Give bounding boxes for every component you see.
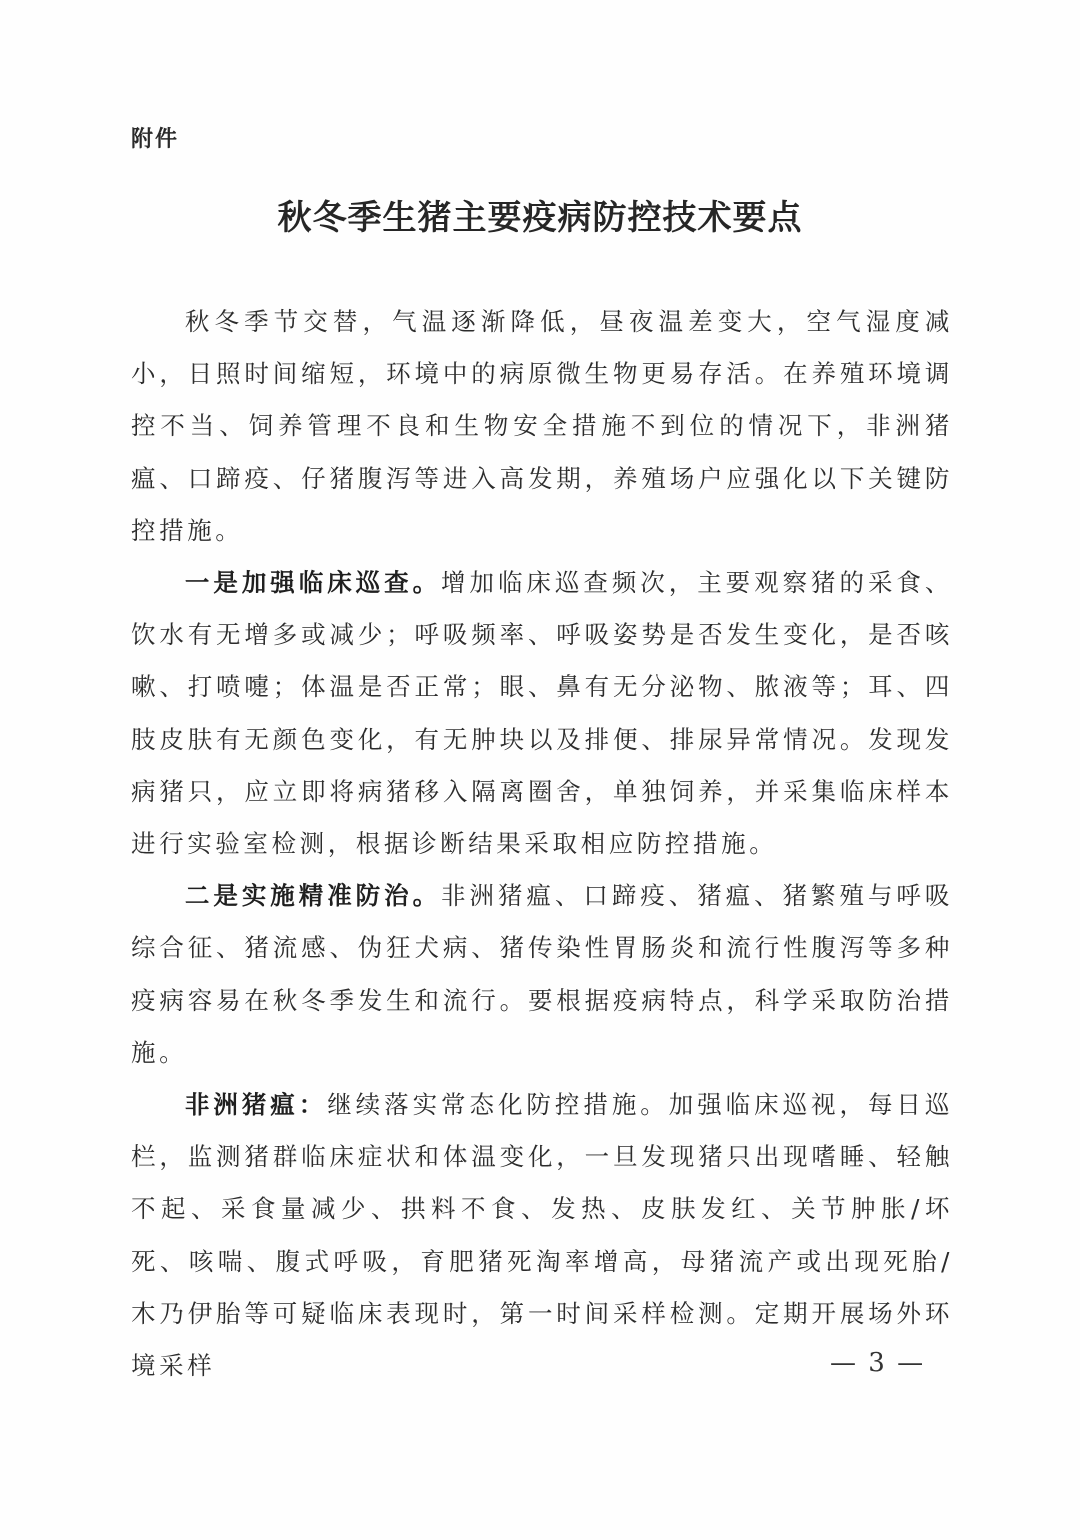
paragraph-text: 秋冬季节交替，气温逐渐降低，昼夜温差变大，空气湿度减小，日照时间缩短，环境中的病…: [131, 307, 953, 545]
paragraph-lead: 二是实施精准防治。: [185, 881, 441, 910]
paragraph-clinical-inspection: 一是加强临床巡查。增加临床巡查频次，主要观察猪的采食、饮水有无增多或减少；呼吸频…: [131, 557, 953, 870]
paragraph-precision-control: 二是实施精准防治。非洲猪瘟、口蹄疫、猪瘟、猪繁殖与呼吸综合征、猪流感、伪狂犬病、…: [131, 870, 953, 1079]
paragraph-african-swine-fever: 非洲猪瘟：继续落实常态化防控措施。加强临床巡视，每日巡栏，监测猪群临床症状和体温…: [131, 1079, 953, 1392]
document-title: 秋冬季生猪主要疫病防控技术要点: [0, 190, 1080, 239]
document-page: 附件 秋冬季生猪主要疫病防控技术要点 秋冬季节交替，气温逐渐降低，昼夜温差变大，…: [0, 0, 1080, 1540]
paragraph-text: 增加临床巡查频次，主要观察猪的采食、饮水有无增多或减少；呼吸频率、呼吸姿势是否发…: [131, 568, 953, 858]
document-body: 秋冬季节交替，气温逐渐降低，昼夜温差变大，空气湿度减小，日照时间缩短，环境中的病…: [131, 296, 953, 1392]
paragraph-intro: 秋冬季节交替，气温逐渐降低，昼夜温差变大，空气湿度减小，日照时间缩短，环境中的病…: [131, 296, 953, 557]
attachment-label: 附件: [131, 122, 179, 153]
paragraph-lead: 非洲猪瘟：: [185, 1090, 327, 1119]
paragraph-text: 继续落实常态化防控措施。加强临床巡视，每日巡栏，监测猪群临床症状和体温变化，一旦…: [131, 1090, 953, 1380]
paragraph-lead: 一是加强临床巡查。: [185, 568, 441, 597]
page-number: — 3 —: [830, 1348, 925, 1378]
